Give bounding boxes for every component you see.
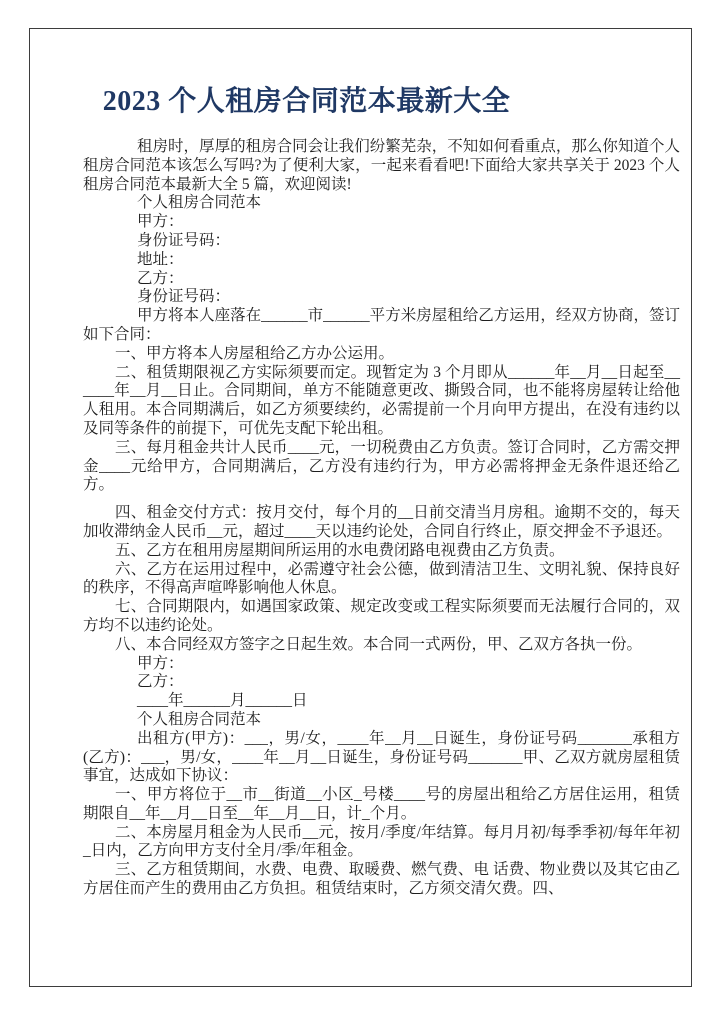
paragraph: 身份证号码： <box>83 232 680 251</box>
contract-clause: 五、乙方在租用房屋期间所运用的水电费闭路电视费由乙方负责。 <box>83 542 680 561</box>
page-content: 2023 个人租房合同范本最新大全 租房时，厚厚的租房合同会让我们纷繁芜杂，不知… <box>83 84 680 899</box>
paragraph: 租房时，厚厚的租房合同会让我们纷繁芜杂，不知如何看重点，那么你知道个人租房合同范… <box>83 138 680 194</box>
contract-clause: 一、甲方将本人房屋租给乙方办公运用。 <box>83 345 680 364</box>
paragraph: 个人租房合同范本 <box>83 194 680 213</box>
paragraph: 个人租房合同范本 <box>83 711 680 730</box>
contract-clause: 八、本合同经双方签字之日起生效。本合同一式两份，甲、乙双方各执一份。 <box>83 636 680 655</box>
paragraph: 出租方(甲方)：___，男/女，____年__月__日诞生，身份证号码_____… <box>83 730 680 786</box>
paragraph: ____年______月______日 <box>83 692 680 711</box>
document-title: 2023 个人租房合同范本最新大全 <box>83 84 680 120</box>
paragraph: 甲方将本人座落在______市______平方米房屋租给乙方运用，经双方协商，签… <box>83 307 680 345</box>
paragraph: 身份证号码： <box>83 288 680 307</box>
paragraph: 乙方： <box>83 270 680 289</box>
paragraph: 乙方： <box>83 673 680 692</box>
contract-clause: 七、合同期限内，如遇国家政策、规定改变或工程实际须要而无法履行合同的，双方均不以… <box>83 598 680 636</box>
paragraph: 甲方： <box>83 655 680 674</box>
contract-clause: 一、甲方将位于__市__街道__小区_号楼____号的房屋出租给乙方居住运用，租… <box>83 786 680 824</box>
document-page: 2023 个人租房合同范本最新大全 租房时，厚厚的租房合同会让我们纷繁芜杂，不知… <box>0 0 720 1018</box>
document-body: 租房时，厚厚的租房合同会让我们纷繁芜杂，不知如何看重点，那么你知道个人租房合同范… <box>83 138 680 899</box>
paragraph: 甲方： <box>83 213 680 232</box>
contract-clause: 二、租赁期限视乙方实际须要而定。现暂定为 3 个月即从______年__月__日… <box>83 364 680 439</box>
contract-clause: 三、每月租金共计人民币____元，一切税费由乙方负责。签订合同时，乙方需交押金_… <box>83 439 680 495</box>
paragraph: 地址： <box>83 251 680 270</box>
contract-clause: 四、租金交付方式：按月交付，每个月的__日前交清当月房租。逾期不交的，每天加收滞… <box>83 504 680 542</box>
contract-clause: 二、本房屋月租金为人民币__元，按月/季度/年结算。每月月初/每季季初/每年年初… <box>83 824 680 862</box>
contract-clause: 三、乙方租赁期间，水费、电费、取暖费、燃气费、电 话费、物业费以及其它由乙方居住… <box>83 861 680 899</box>
contract-clause: 六、乙方在运用过程中，必需遵守社会公德，做到清洁卫生、文明礼貌、保持良好的秩序，… <box>83 561 680 599</box>
